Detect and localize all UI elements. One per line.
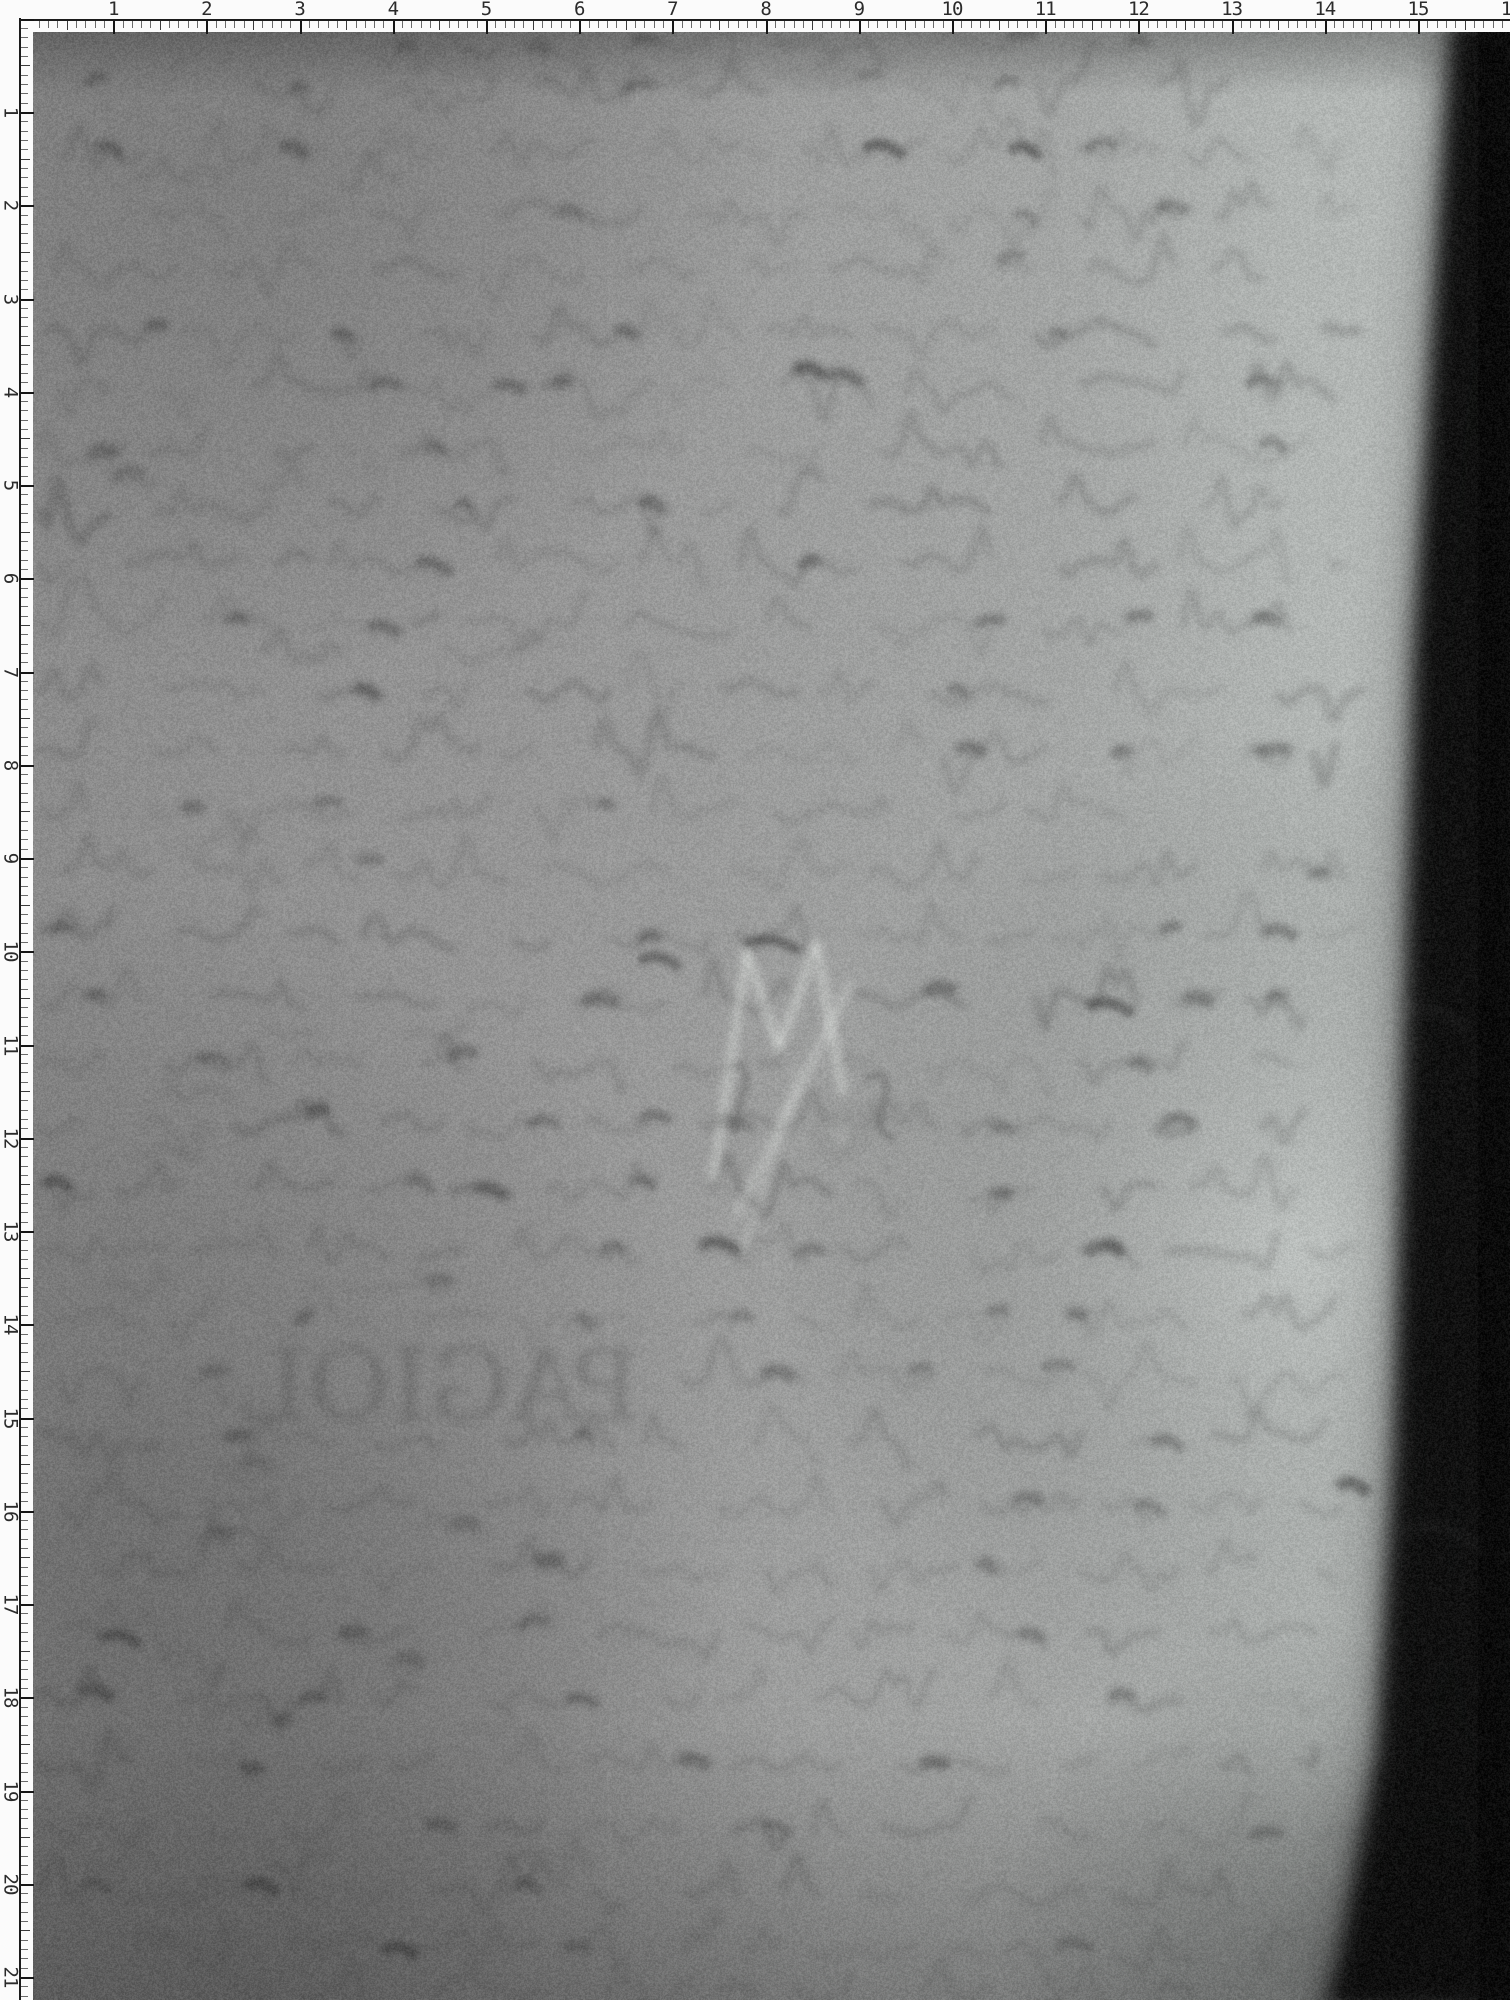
ruler-tick-minor [21,774,28,775]
ruler-tick-minor [21,1445,28,1446]
ruler-tick-minor [654,21,655,28]
ruler-tick-minor [21,1175,28,1176]
ruler-tick-minor [21,1100,28,1101]
ruler-left-label-15: 15 [1,1407,20,1428]
ruler-tick-minor [21,606,28,607]
ruler-tick-minor [21,1259,28,1260]
ruler-tick-half [67,21,68,30]
ruler-tick-minor [756,21,757,28]
ruler-tick-minor [849,21,850,28]
ruler-tick-minor [21,1958,28,1959]
ruler-tick-minor [21,1846,28,1847]
ruler-tick-half [533,21,534,30]
ruler-tick-half [21,252,30,253]
ruler-tick-minor [57,21,58,28]
ruler-tick-minor [21,1072,28,1073]
ruler-tick-minor [21,1912,28,1913]
ruler-tick-major [672,21,674,34]
ruler-left-label-5: 5 [1,480,20,490]
ruler-tick-minor [21,923,28,924]
ruler-tick-minor [21,1147,28,1148]
ruler-tick-minor [21,895,28,896]
ruler-tick-major [486,21,488,34]
ruler-top-label-8: 8 [760,0,770,19]
ruler-tick-minor [21,513,28,514]
ruler-tick-minor [989,21,990,28]
ruler-tick-major [21,205,34,207]
ruler-tick-minor [971,21,972,28]
ruler-tick-minor [1064,21,1065,28]
ruler-tick-minor [467,21,468,28]
ruler-left-label-9: 9 [1,853,20,863]
ruler-tick-minor [21,1156,28,1157]
ruler-tick-minor [21,466,28,467]
ruler-tick-major [21,672,34,674]
ruler-tick-minor [21,1007,28,1008]
ruler-tick-half [21,65,30,66]
ruler-tick-minor [21,1548,28,1549]
ruler-tick-minor [21,420,28,421]
ruler-tick-half [21,1464,30,1465]
ruler-tick-minor [822,21,823,28]
ruler-left-label-6: 6 [1,573,20,583]
ruler-tick-minor [21,1986,28,1987]
ruler-tick-minor [1101,21,1102,28]
ruler-tick-minor [21,1595,28,1596]
ruler-tick-minor [21,1166,28,1167]
ruler-tick-minor [21,1063,28,1064]
ruler-tick-major [21,1977,34,1979]
ruler-tick-minor [21,131,28,132]
ruler-tick-minor [1353,21,1354,28]
ruler-left-label-18: 18 [1,1687,20,1708]
ruler-tick-minor [589,21,590,28]
ruler-tick-minor [1446,21,1447,28]
ruler-tick-half [21,1837,30,1838]
ruler-tick-minor [21,681,28,682]
ruler-tick-minor [943,21,944,28]
ruler-tick-major [21,299,34,301]
ruler-tick-major [300,21,302,34]
ruler-tick-half [21,1557,30,1558]
ruler-tick-minor [794,21,795,28]
ruler-tick-minor [318,21,319,28]
ruler-tick-minor [225,21,226,28]
ruler-tick-minor [21,243,28,244]
ruler-tick-minor [1017,21,1018,28]
ruler-tick-minor [21,401,28,402]
ruler-tick-minor [281,21,282,28]
ruler-tick-minor [21,289,28,290]
ruler-tick-minor [21,271,28,272]
ruler-tick-minor [21,280,28,281]
ruler-tick-minor [21,886,28,887]
ruler-tick-minor [896,21,897,28]
ruler-tick-minor [21,75,28,76]
ruler-tick-minor [402,21,403,28]
manuscript-page [33,32,1510,2000]
ruler-tick-minor [21,373,28,374]
ruler-tick-minor [21,1632,28,1633]
ruler-tick-minor [21,187,28,188]
ruler-tick-major [21,1324,34,1326]
ruler-tick-minor [21,522,28,523]
ruler-tick-minor [21,877,28,878]
ruler-left-label-11: 11 [1,1034,20,1055]
ruler-tick-minor [21,1613,28,1614]
ruler-left-label-4: 4 [1,387,20,397]
ruler-tick-half [21,1091,30,1092]
ruler-top: 012345678910111213141516 [0,0,1510,32]
ruler-tick-minor [21,1874,28,1875]
ruler-tick-minor [85,21,86,28]
ruler-tick-minor [374,21,375,28]
ruler-tick-minor [21,476,28,477]
ruler-tick-minor [21,1856,28,1857]
ruler-tick-minor [561,21,562,28]
ruler-tick-minor [21,140,28,141]
ruler-tick-minor [21,970,28,971]
ruler-tick-half [1185,21,1186,30]
ruler-tick-half [21,1651,30,1652]
ruler-tick-major [1045,21,1047,34]
ruler-tick-minor [21,1772,28,1773]
ruler-tick-minor [383,21,384,28]
ruler-tick-minor [21,1828,28,1829]
ruler-tick-minor [216,21,217,28]
ruler-tick-minor [21,1390,28,1391]
ruler-tick-major [859,21,861,34]
ruler-tick-minor [21,215,28,216]
ruler-tick-minor [21,1585,28,1586]
ruler-tick-minor [197,21,198,28]
ruler-tick-minor [21,821,28,822]
ruler-tick-half [21,1930,30,1931]
ruler-tick-minor [21,177,28,178]
ruler-tick-minor [21,1250,28,1251]
ruler-tick-minor [449,21,450,28]
ruler-tick-minor [21,37,28,38]
ruler-tick-minor [21,1240,28,1241]
ruler-tick-minor [616,21,617,28]
ruler-tick-minor [1455,21,1456,28]
ruler-tick-minor [21,1949,28,1950]
ruler-tick-minor [21,1035,28,1036]
ruler-tick-half [999,21,1000,30]
ruler-tick-minor [1334,21,1335,28]
ruler-tick-minor [1073,21,1074,28]
ruler-tick-minor [21,1222,28,1223]
ruler-tick-minor [1493,21,1494,28]
ruler-tick-minor [887,21,888,28]
ruler-tick-minor [607,21,608,28]
ruler-left-label-13: 13 [1,1221,20,1242]
ruler-tick-minor [21,839,28,840]
ruler-tick-minor [514,21,515,28]
ruler-tick-minor [21,1203,28,1204]
ruler-tick-minor [21,224,28,225]
ruler-tick-minor [877,21,878,28]
ruler-tick-major [21,1418,34,1420]
ruler-tick-half [21,998,30,999]
ruler-tick-minor [784,21,785,28]
ruler-tick-minor [21,1781,28,1782]
ruler-tick-major [579,21,581,34]
ruler-tick-minor [1381,21,1382,28]
ruler-left-label-2: 2 [1,200,20,210]
ruler-tick-minor [21,989,28,990]
ruler-tick-minor [21,849,28,850]
ruler-tick-minor [141,21,142,28]
ruler-top-label-12: 12 [1128,0,1149,19]
ruler-top-label-10: 10 [942,0,963,19]
ruler-tick-minor [21,662,28,663]
ruler-tick-minor [551,21,552,28]
ruler-tick-half [21,532,30,533]
ruler-tick-half [253,21,254,30]
ruler-tick-minor [21,690,28,691]
ruler-tick-minor [728,21,729,28]
ruler-tick-half [1465,21,1466,30]
ruler-tick-minor [21,56,28,57]
ruler-tick-minor [95,21,96,28]
ruler-top-label-11: 11 [1035,0,1056,19]
ruler-tick-major [21,1604,34,1606]
ruler-tick-major [21,485,34,487]
ruler-tick-minor [21,1576,28,1577]
ruler-tick-minor [21,1623,28,1624]
ruler-top-label-4: 4 [388,0,398,19]
ruler-top-label-2: 2 [201,0,211,19]
ruler-tick-major [21,1511,34,1513]
ruler-tick-minor [1008,21,1009,28]
ruler-tick-major [21,1231,34,1233]
ruler-tick-minor [21,168,28,169]
ruler-tick-major [21,1884,34,1886]
ruler-left-label-3: 3 [1,293,20,303]
ruler-tick-minor [924,21,925,28]
ruler-tick-minor [21,709,28,710]
ruler-tick-minor [21,93,28,94]
ruler-tick-minor [21,47,28,48]
ruler-tick-minor [21,1306,28,1307]
ruler-tick-minor [21,1054,28,1055]
ruler-tick-minor [39,21,40,28]
ruler-tick-minor [1399,21,1400,28]
ruler-tick-minor [21,1660,28,1661]
ruler-tick-minor [21,644,28,645]
ruler-tick-minor [21,364,28,365]
ruler-tick-minor [104,21,105,28]
ruler-tick-minor [21,867,28,868]
ruler-left-label-7: 7 [1,666,20,676]
ruler-tick-minor [21,727,28,728]
ruler-tick-half [812,21,813,30]
ruler-tick-minor [21,429,28,430]
ruler-tick-minor [21,1865,28,1866]
ruler-tick-minor [21,1399,28,1400]
ruler-tick-minor [635,21,636,28]
ruler-left-label-12: 12 [1,1127,20,1148]
ruler-tick-minor [933,21,934,28]
ruler-tick-major [21,1791,34,1793]
ruler-tick-minor [328,21,329,28]
ruler-tick-minor [1204,21,1205,28]
ruler-tick-minor [21,1110,28,1111]
ruler-tick-minor [570,21,571,28]
ruler-tick-minor [21,1688,28,1689]
ruler-tick-minor [1483,21,1484,28]
ruler-tick-minor [21,979,28,980]
ruler-tick-minor [1194,21,1195,28]
ruler-tick-minor [1027,21,1028,28]
ruler-tick-minor [21,1455,28,1456]
ruler-tick-major [21,392,34,394]
ruler-tick-minor [21,1539,28,1540]
ruler-tick-half [21,1278,30,1279]
ruler-tick-minor [21,961,28,962]
ruler-tick-minor [1222,21,1223,28]
ruler-tick-minor [523,21,524,28]
ruler-tick-minor [21,1343,28,1344]
ruler-tick-minor [21,914,28,915]
ruler-tick-minor [21,933,28,934]
ruler-tick-minor [868,21,869,28]
ruler-tick-minor [21,1268,28,1269]
ruler-left-label-19: 19 [1,1780,20,1801]
ruler-tick-minor [682,21,683,28]
ruler-tick-minor [700,21,701,28]
manuscript-scan: 012345678910111213141516 123456789101112… [0,0,1510,2000]
ruler-tick-minor [1036,21,1037,28]
ruler-tick-minor [1409,21,1410,28]
ruler-tick-minor [76,21,77,28]
ruler-tick-half [160,21,161,30]
ruler-left-label-14: 14 [1,1314,20,1335]
ruler-tick-major [21,765,34,767]
ruler-tick-minor [21,1427,28,1428]
ruler-top-label-6: 6 [574,0,584,19]
ruler-tick-minor [21,1194,28,1195]
ruler-left-label-17: 17 [1,1594,20,1615]
ruler-top-label-13: 13 [1221,0,1242,19]
ruler-tick-minor [21,1026,28,1027]
ruler-tick-minor [21,1362,28,1363]
ruler-tick-minor [1269,21,1270,28]
ruler-tick-minor [21,1492,28,1493]
ruler-tick-half [719,21,720,30]
ruler-tick-minor [1306,21,1307,28]
ruler-tick-minor [21,541,28,542]
ruler-tick-minor [21,196,28,197]
ruler-tick-half [1092,21,1093,30]
ruler-left-label-8: 8 [1,760,20,770]
ruler-tick-major [21,578,34,580]
ruler-top-label-7: 7 [667,0,677,19]
ruler-tick-minor [598,21,599,28]
ruler-tick-minor [21,597,28,598]
ruler-tick-minor [840,21,841,28]
ruler-tick-half [1278,21,1279,30]
ruler-tick-major [21,1045,34,1047]
ruler-tick-minor [21,1763,28,1764]
ruler-tick-minor [1120,21,1121,28]
ruler-tick-minor [915,21,916,28]
ruler-tick-minor [21,1725,28,1726]
ruler-tick-minor [290,21,291,28]
ruler-tick-minor [747,21,748,28]
ruler-top-label-16: 16 [1501,0,1510,19]
ruler-tick-half [626,21,627,30]
ruler-tick-minor [1260,21,1261,28]
ruler-tick-major [1138,21,1140,34]
ruler-tick-minor [21,103,28,104]
ruler-tick-half [21,1371,30,1372]
ruler-tick-minor [21,653,28,654]
ruler-tick-minor [21,326,28,327]
ruler-tick-minor [21,1809,28,1810]
ruler-tick-minor [21,494,28,495]
ruler-tick-minor [430,21,431,28]
ruler-tick-minor [21,1119,28,1120]
ruler-tick-half [21,345,30,346]
ruler-tick-minor [21,699,28,700]
ruler-tick-major [206,21,208,34]
ruler-tick-minor [21,550,28,551]
ruler-tick-minor [21,1082,28,1083]
ruler-tick-minor [178,21,179,28]
ruler-top-label-3: 3 [294,0,304,19]
ruler-tick-minor [1315,21,1316,28]
ruler-tick-minor [21,233,28,234]
ruler-tick-minor [21,1520,28,1521]
ruler-tick-minor [21,1641,28,1642]
ruler-tick-minor [1166,21,1167,28]
ruler-tick-minor [21,1017,28,1018]
ruler-tick-minor [21,149,28,150]
ruler-tick-minor [411,21,412,28]
ruler-tick-minor [21,793,28,794]
ruler-left-label-20: 20 [1,1873,20,1894]
ruler-tick-minor [21,1408,28,1409]
ruler-tick-minor [21,1380,28,1381]
ruler-tick-minor [123,21,124,28]
ruler-tick-half [21,905,30,906]
ruler-tick-minor [21,588,28,589]
ruler-tick-minor [21,1716,28,1717]
ruler-tick-minor [1427,21,1428,28]
ruler-tick-minor [21,746,28,747]
ruler-top-label-9: 9 [854,0,864,19]
ruler-tick-minor [1390,21,1391,28]
ruler-left-label-16: 16 [1,1500,20,1521]
ruler-tick-minor [1082,21,1083,28]
ruler-tick-minor [21,28,28,29]
ruler-tick-minor [21,1473,28,1474]
ruler-tick-minor [356,21,357,28]
ruler-tick-minor [21,317,28,318]
ruler-left-label-10: 10 [1,941,20,962]
ruler-tick-minor [21,616,28,617]
ruler-tick-minor [21,942,28,943]
ruler-tick-major [1232,21,1234,34]
ruler-tick-minor [21,1902,28,1903]
ruler-tick-minor [458,21,459,28]
ruler-tick-half [21,159,30,160]
ruler-tick-minor [337,21,338,28]
ruler-tick-minor [1055,21,1056,28]
ruler-tick-minor [21,560,28,561]
